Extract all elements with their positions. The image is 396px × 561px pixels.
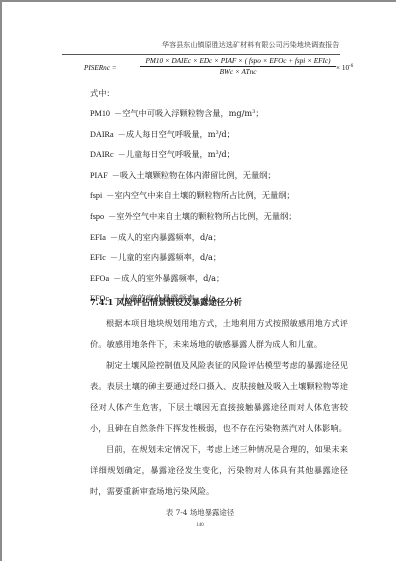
definition-symbol: DAIRc: [90, 150, 114, 159]
definition-tail: ；: [255, 108, 263, 118]
definition-symbol: EFIa: [90, 233, 106, 242]
definition-efia: EFIa－成人的室内暴露频率，d/a；: [90, 232, 221, 243]
table-caption: 表 7-4 场地暴露途径: [2, 507, 396, 518]
definition-symbol: DAIRa: [90, 130, 114, 139]
definition-text: －成人的室内暴露频率，d/a；: [110, 232, 221, 242]
running-header: 华容县东山镇原胜达选矿材料有限公司污染地块调查报告: [162, 40, 338, 50]
header-rule: [62, 54, 340, 55]
definition-text: －儿童每日空气呼吸量，m: [118, 149, 216, 159]
definition-symbol: EFOa: [90, 274, 109, 283]
definition-symbol: EFIc: [90, 253, 106, 262]
formula-lhs: PISERnc =: [84, 64, 117, 72]
document-page: 华容县东山镇原胜达选矿材料有限公司污染地块调查报告 PISERnc = PM10…: [0, 0, 396, 561]
definition-symbol: PIAF: [90, 171, 108, 180]
definition-symbol: fspi: [90, 191, 102, 200]
definition-piaf: PIAF－吸入土壤颗粒物在体内滞留比例，无量纲；: [90, 170, 276, 181]
multiplier-base: × 10: [336, 64, 349, 72]
definition-text: －儿童的室外暴露频率，d/a。: [113, 293, 224, 303]
definition-text: －成人每日空气呼吸量，m: [118, 129, 216, 139]
definition-tail: /d；: [219, 149, 235, 159]
paragraph-3: 目前，在规划未定情况下，考虑上述三种情况是合理的，如果未来详细规划确定，暴露途径…: [90, 439, 348, 502]
definition-efoc: EFOc－儿童的室外暴露频率，d/a。: [90, 293, 224, 304]
definition-text: －空气中可吸入浮颗粒物含量，mg/m: [114, 108, 252, 118]
pisernc-formula: PISERnc = PM10 × DAIEc × EDc × PIAF × ( …: [84, 57, 344, 81]
definition-efic: EFIc－儿童的室内暴露频率，d/a；: [90, 252, 221, 263]
formula-denominator: BWc × ATnc: [140, 67, 336, 76]
definition-fspo: fspo－室外空气中来自土壤的颗粒物所占比例，无量纲；: [90, 211, 296, 222]
multiplier-exponent: -6: [349, 64, 353, 69]
definition-symbol: EFOc: [90, 294, 109, 303]
where-label: 式中：: [90, 88, 115, 99]
formula-fraction: PM10 × DAIEc × EDc × PIAF × ( fspo × EFO…: [140, 57, 336, 76]
definition-text: －儿童的室内暴露频率，d/a；: [110, 252, 221, 262]
definition-tail: /d；: [219, 129, 235, 139]
formula-numerator: PM10 × DAIEc × EDc × PIAF × ( fspo × EFO…: [140, 57, 336, 67]
paragraph-1: 根据本项目地块规划用地方式，土地利用方式按照敏感用地方式评价。敏感用地条件下，未…: [90, 313, 348, 355]
formula-multiplier: × 10-6: [336, 64, 353, 72]
definition-symbol: fspo: [90, 212, 104, 221]
definition-pm10: PM10－空气中可吸入浮颗粒物含量，mg/m3；: [90, 108, 264, 119]
definition-symbol: PM10: [90, 109, 110, 118]
definition-text: －吸入土壤颗粒物在体内滞留比例，无量纲；: [112, 170, 276, 180]
definition-fspi: fspi－室内空气中来自土壤的颗粒物所占比例，无量纲；: [90, 190, 295, 201]
definition-text: －成人的室外暴露频率，d/a；: [113, 273, 224, 283]
page-number: 140: [2, 523, 396, 528]
definition-text: －室内空气中来自土壤的颗粒物所占比例，无量纲；: [106, 190, 294, 200]
definition-efoa: EFOa－成人的室外暴露频率，d/a；: [90, 273, 224, 284]
definition-dairc: DAIRc－儿童每日空气呼吸量，m3/d；: [90, 149, 235, 160]
definition-text: －室外空气中来自土壤的颗粒物所占比例，无量纲；: [108, 211, 296, 221]
paragraph-2: 制定土壤风险控制值及风险表征的风险评估模型考虑的暴露途径见表。表层土壤的砷主要通…: [90, 355, 348, 439]
definition-daira: DAIRa－成人每日空气呼吸量，m3/d；: [90, 129, 235, 140]
